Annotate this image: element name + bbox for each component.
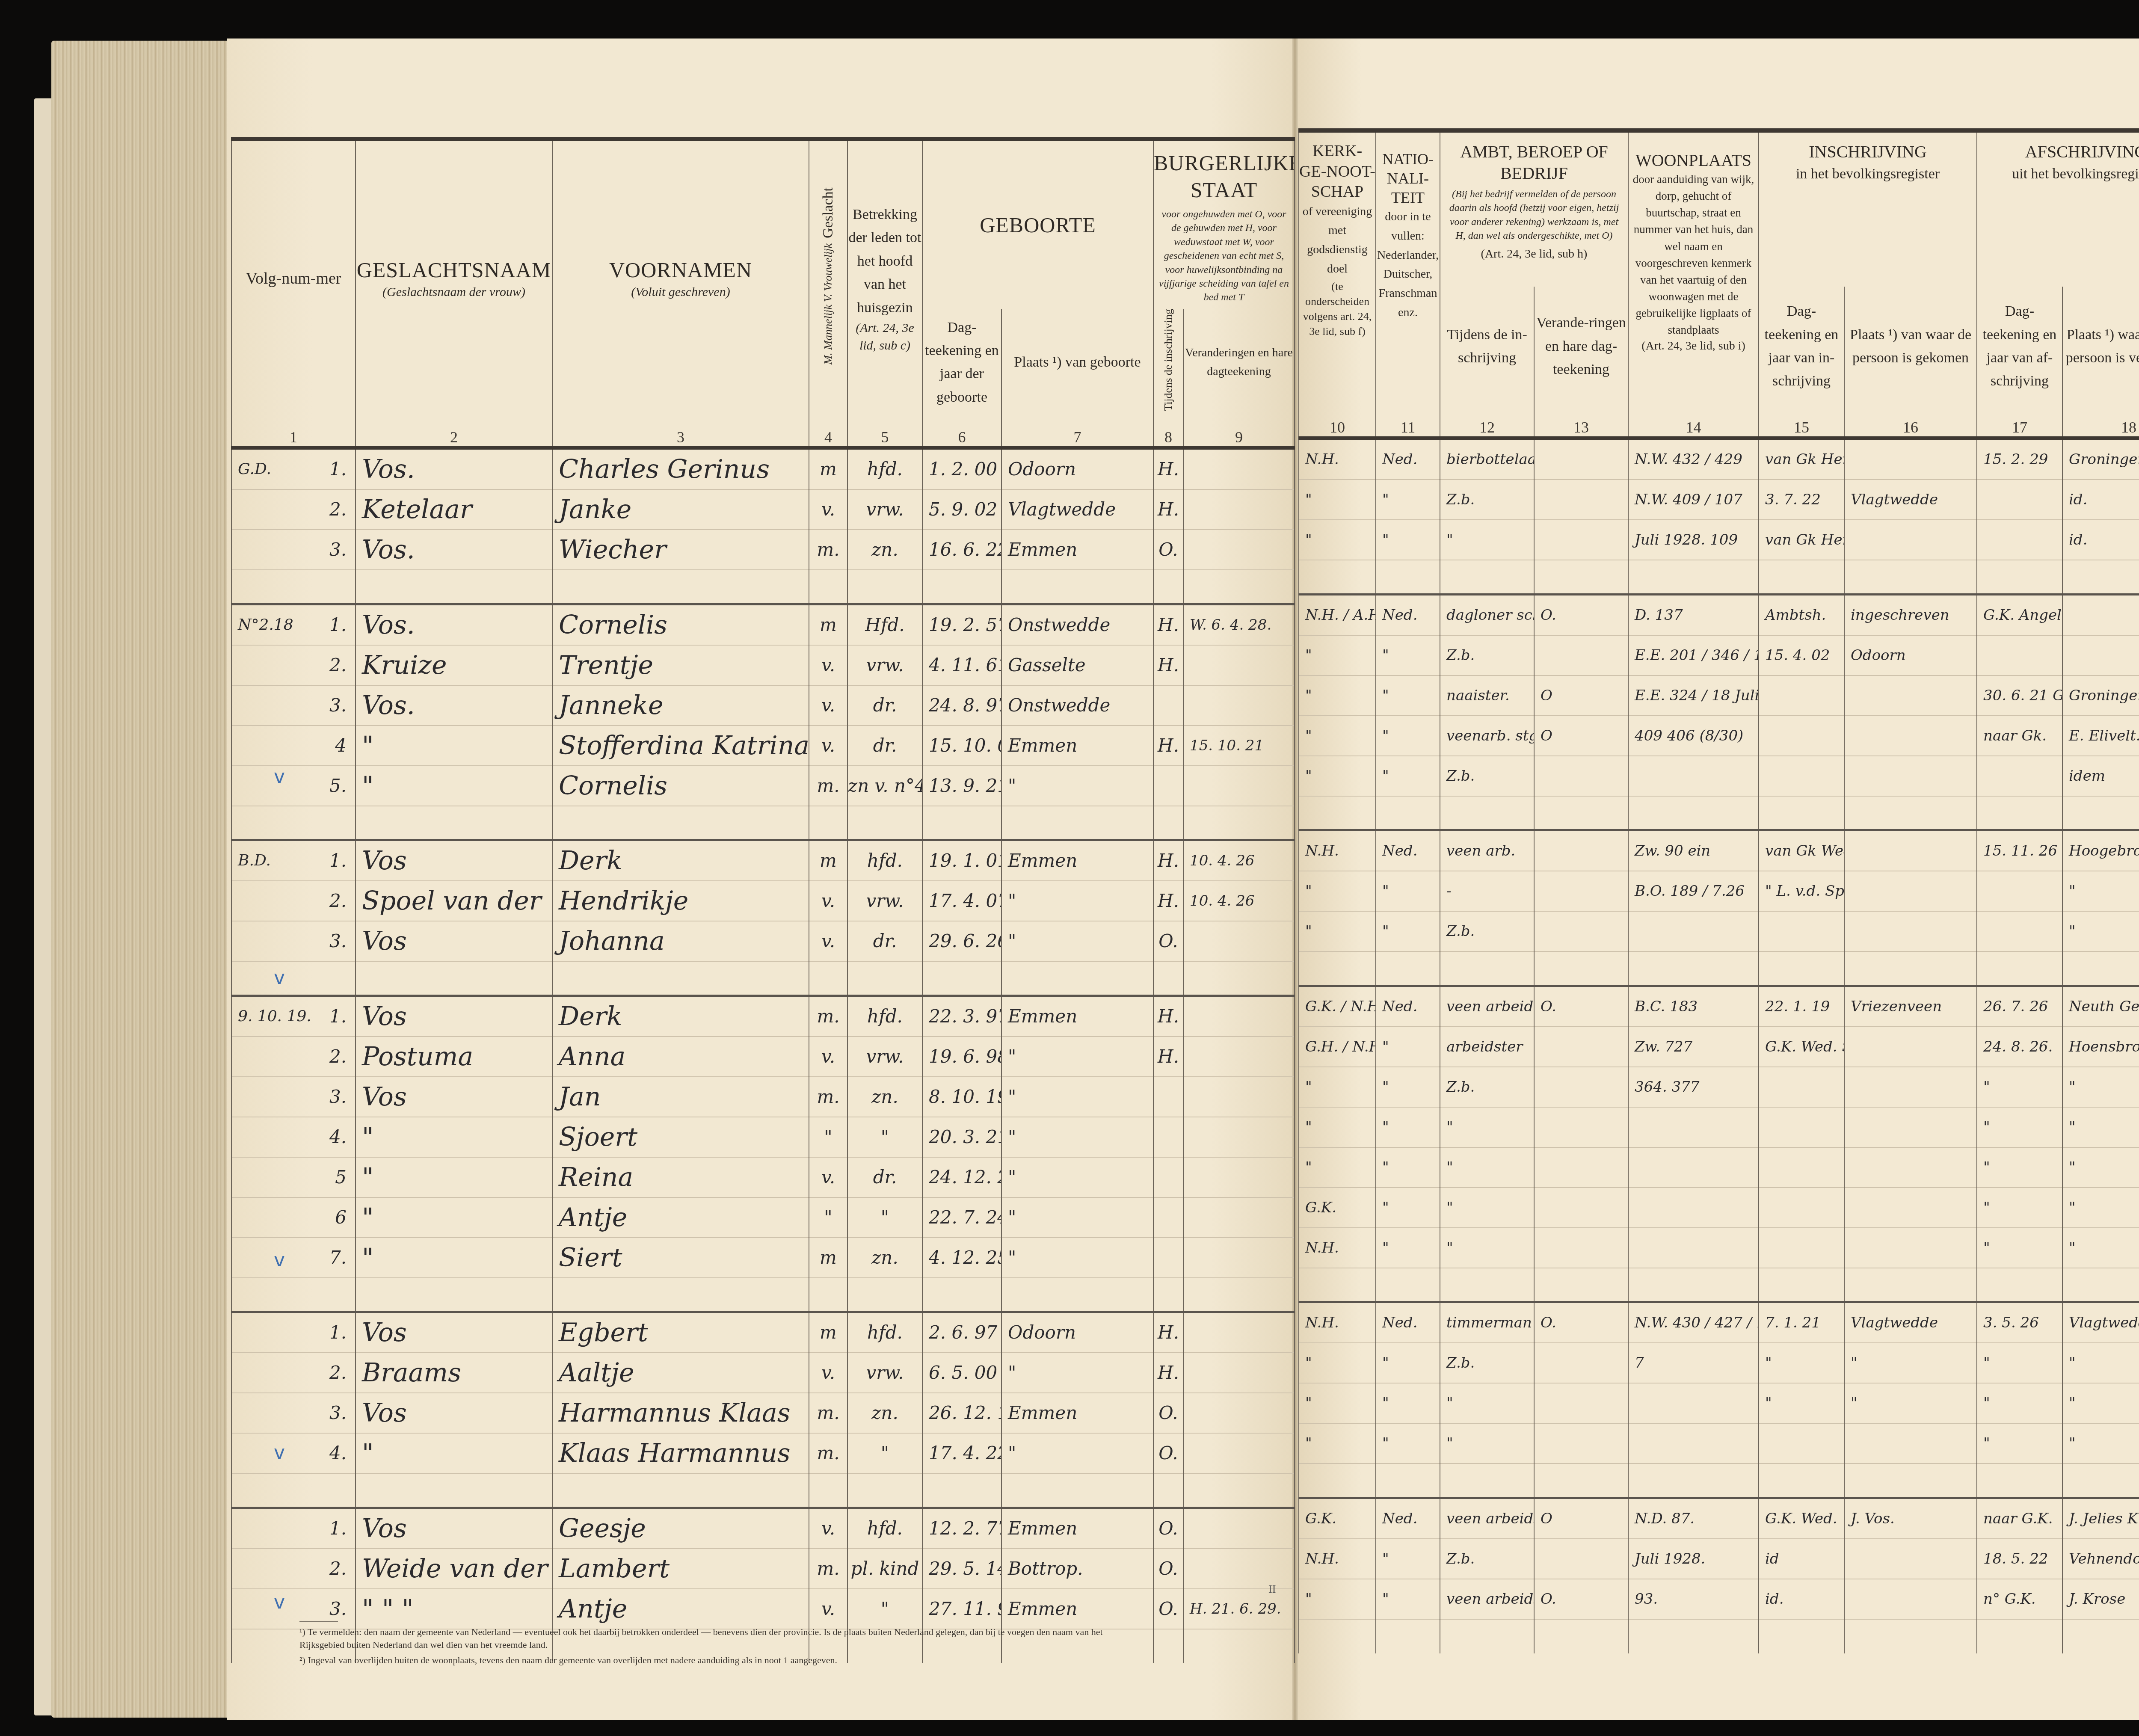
row-number: 1.: [329, 997, 347, 1036]
cell-surname: Vos: [356, 1393, 552, 1433]
cell-rel: zn.: [847, 1393, 922, 1433]
col-header-volgnummer: Volg-num-mer: [231, 139, 356, 416]
cell-address: [1628, 1147, 1759, 1188]
cell-af-date: [1977, 480, 2062, 520]
cell-volgnummer: 6: [231, 1197, 356, 1238]
register-table-right: KERK-GE-NOOT-SCHAPof vereeniging met god…: [1298, 128, 2139, 1653]
cell-ins-place: ": [1844, 1383, 1977, 1423]
cell-af-place: J. Krose: [2062, 1579, 2139, 1619]
table-row: """""Acc.: [1299, 1423, 2139, 1463]
table-row: 2.BraamsAaltjev.vrw.6. 5. 00"H.: [231, 1353, 1295, 1393]
cell-birth-place: ": [1001, 1433, 1153, 1473]
cell-rel: pl. kind: [847, 1549, 922, 1589]
table-row: 3.VosJanm.zn.8. 10. 19": [231, 1077, 1295, 1117]
cell-af-date: G.K. Angelina Stichting: [1977, 594, 2062, 635]
cell-surname: Vos.: [356, 530, 552, 570]
cell-birth-date: 24. 12. 22: [922, 1157, 1001, 1197]
cell-ins-date: 3. 7. 22: [1759, 480, 1844, 520]
cell-af-place: id.: [2062, 520, 2139, 560]
cell-civil-change: 15. 10. 21: [1183, 726, 1295, 766]
table-row: ""Z.b.N.W. 409 / 1073. 7. 22Vlagtweddeid…: [1299, 480, 2139, 520]
cell-nat: ": [1376, 1423, 1440, 1463]
cell-birth-date: 19. 2. 57: [922, 604, 1001, 645]
cell-nat: Ned.: [1376, 438, 1440, 480]
cell-af-date: naar Gk.: [1977, 716, 2062, 756]
cell-ins-place: ingeschreven: [1844, 594, 1977, 635]
table-row: ""veenarb. stg.O409 406 (8/30)naar Gk.E.…: [1299, 716, 2139, 756]
cell-given: Wiecher: [552, 530, 809, 570]
cell-civil: O.: [1153, 921, 1183, 961]
cell-rel: hfd.: [847, 1312, 922, 1353]
table-row: 4"Stofferdina Katrinav.dr.15. 10. 03Emme…: [231, 726, 1295, 766]
row-number: 1.: [329, 450, 347, 489]
col-header-inschrijving-plaats: Plaats ¹) van waar de persoon is gekomen: [1844, 287, 1977, 406]
cell-af-date: [1977, 635, 2062, 675]
cell-sex: m: [809, 1312, 847, 1353]
household-spacer: [231, 1278, 1295, 1312]
row-number: 4.: [329, 1434, 347, 1473]
cell-rel: zn.: [847, 530, 922, 570]
cell-rel: vrw.: [847, 1353, 922, 1393]
cell-ins-place: [1844, 830, 1977, 871]
col-header-geslacht: GeslachtM. Mannelijk V. Vrouwelijk: [809, 139, 847, 416]
cell-birth-date: 6. 5. 00: [922, 1353, 1001, 1393]
cell-ins-date: [1759, 1107, 1844, 1147]
cell-civil-change: [1183, 645, 1295, 685]
cell-civil-change: [1183, 1117, 1295, 1157]
col-num: 13: [1534, 406, 1628, 438]
cell-address: N.D. 87.: [1628, 1498, 1759, 1539]
cell-ins-place: [1844, 1147, 1977, 1188]
cell-volgnummer: N°2.181.: [231, 604, 356, 645]
cell-civil-change: [1183, 1077, 1295, 1117]
cell-address: [1628, 1228, 1759, 1268]
col-header-beroep-inschrijving: Tijdens de in-schrijving: [1440, 287, 1534, 406]
cell-ins-place: [1844, 1107, 1977, 1147]
cell-occ: ": [1440, 1188, 1534, 1228]
cell-occ-change: [1534, 756, 1628, 796]
cell-civil: H.: [1153, 645, 1183, 685]
cell-civil: O.: [1153, 1433, 1183, 1473]
cell-given: Jan: [552, 1077, 809, 1117]
cell-birth-date: 17. 4. 22: [922, 1433, 1001, 1473]
cell-rel: ": [847, 1433, 922, 1473]
cell-surname: Ketelaar: [356, 489, 552, 530]
cell-nat: ": [1376, 1343, 1440, 1383]
col-num: 8: [1153, 416, 1183, 448]
cell-occ: Z.b.: [1440, 635, 1534, 675]
household-spacer: [1299, 1463, 2139, 1498]
cell-rel: dr.: [847, 685, 922, 726]
table-row: ""naaister.OE.E. 324 / 18 Juli 192830. 6…: [1299, 675, 2139, 716]
cell-surname: ": [356, 726, 552, 766]
cell-given: Reina: [552, 1157, 809, 1197]
cell-sex: m.: [809, 995, 847, 1037]
cell-address: B.C. 183: [1628, 986, 1759, 1027]
cell-af-date: 15. 2. 29: [1977, 438, 2062, 480]
cell-address: [1628, 1383, 1759, 1423]
cell-volgnummer: 3.: [231, 530, 356, 570]
cell-volgnummer: 7.: [231, 1238, 356, 1278]
col-header-staat-veranderingen: Veranderingen en hare dagteekening: [1183, 309, 1295, 416]
cell-civil: O.: [1153, 1508, 1183, 1549]
cell-af-date: ": [1977, 1067, 2062, 1107]
cell-civil-change: [1183, 766, 1295, 806]
cell-volgnummer: 5: [231, 1157, 356, 1197]
cell-birth-place: Emmen: [1001, 530, 1153, 570]
group-header-afschrijving: AFSCHRIJVINGuit het bevolkingsregister: [1977, 130, 2139, 287]
cell-given: Geesje: [552, 1508, 809, 1549]
cell-sex: v.: [809, 1037, 847, 1077]
household-margin-note: G.D.: [238, 450, 271, 489]
cell-occ-change: [1534, 1067, 1628, 1107]
cell-civil: [1153, 685, 1183, 726]
cell-af-place: Vlagtwedde Ter Apel West. Z. 114: [2062, 1302, 2139, 1343]
cell-civil-change: [1183, 1508, 1295, 1549]
row-number: 1.: [329, 1313, 347, 1352]
household-spacer: [1299, 560, 2139, 594]
cell-volgnummer: G.D.1.: [231, 448, 356, 489]
row-number: 5: [335, 1158, 347, 1197]
cell-ins-date: id.: [1759, 1579, 1844, 1619]
cell-sex: v.: [809, 1157, 847, 1197]
col-num: 17: [1977, 406, 2062, 438]
row-number: 2.: [329, 881, 347, 921]
table-row: G.H. / N.H."arbeidsterZw. 727G.K. Wed. S…: [1299, 1027, 2139, 1067]
cell-nat: ": [1376, 1228, 1440, 1268]
blue-check-mark-icon: v: [274, 967, 285, 989]
footnote-rule: [299, 1621, 338, 1622]
cell-surname: ": [356, 1197, 552, 1238]
cell-nat: ": [1376, 1027, 1440, 1067]
cell-address: B.O. 189 / 7.26: [1628, 871, 1759, 911]
cell-birth-date: 26. 12. 19: [922, 1393, 1001, 1433]
cell-birth-place: ": [1001, 1117, 1153, 1157]
cell-nat: ": [1376, 1579, 1440, 1619]
cell-church: ": [1299, 871, 1376, 911]
cell-ins-place: [1844, 1027, 1977, 1067]
cell-church: G.K.: [1299, 1188, 1376, 1228]
cell-address: 409 406 (8/30): [1628, 716, 1759, 756]
cell-surname: ": [356, 1433, 552, 1473]
cell-ins-place: [1844, 911, 1977, 951]
cell-nat: ": [1376, 871, 1440, 911]
cell-address: [1628, 756, 1759, 796]
cell-occ-change: [1534, 1107, 1628, 1147]
cell-church: ": [1299, 1579, 1376, 1619]
col-header-geboorte-datum: Dag-teekening en jaar der geboorte: [922, 309, 1001, 416]
cell-sex: ": [809, 1117, 847, 1157]
cell-church: ": [1299, 1147, 1376, 1188]
table-row: G.K."""""Acc.: [1299, 1188, 2139, 1228]
cell-given: Janke: [552, 489, 809, 530]
cell-civil-change: [1183, 1312, 1295, 1353]
cell-birth-place: Gasselte: [1001, 645, 1153, 685]
col-num: 14: [1628, 406, 1759, 438]
col-header-geslachtsnaam: GESLACHTSNAAM(Geslachtsnaam der vrouw): [356, 139, 552, 416]
table-row: 3.Vos.Jannekev.dr.24. 8. 97Onstwedde: [231, 685, 1295, 726]
cell-ins-place: [1844, 1188, 1977, 1228]
cell-surname: Weide van der: [356, 1549, 552, 1589]
cell-occ: ": [1440, 1383, 1534, 1423]
cell-occ: ": [1440, 1147, 1534, 1188]
cell-ins-place: [1844, 1579, 1977, 1619]
cell-surname: Spoel van der: [356, 881, 552, 921]
cell-sex: v.: [809, 1353, 847, 1393]
cell-af-place: Neuth Gesellenhuis kamer 102.: [2062, 986, 2139, 1027]
cell-nat: ": [1376, 716, 1440, 756]
cell-rel: zn.: [847, 1238, 922, 1278]
cell-surname: Vos: [356, 840, 552, 881]
cell-given: Charles Gerinus: [552, 448, 809, 489]
cell-birth-date: 1. 2. 00: [922, 448, 1001, 489]
household-spacer: [1299, 796, 2139, 830]
cell-occ: Z.b.: [1440, 1343, 1534, 1383]
table-row: ""Z.b.idemAcc. erkend: [1299, 756, 2139, 796]
cell-occ: bierbottelaar: [1440, 438, 1534, 480]
group-header-inschrijving: INSCHRIJVINGin het bevolkingsregister: [1759, 130, 1977, 287]
row-number: 5.: [329, 766, 347, 806]
cell-civil: H.: [1153, 840, 1183, 881]
cell-volgnummer: 3.: [231, 921, 356, 961]
cell-volgnummer: 2.: [231, 881, 356, 921]
cell-sex: m.: [809, 1077, 847, 1117]
cell-address: E.E. 201 / 346 / 183: [1628, 635, 1759, 675]
cell-volgnummer: 3.: [231, 1077, 356, 1117]
cell-given: Stofferdina Katrina: [552, 726, 809, 766]
cell-occ: veenarb. stg.: [1440, 716, 1534, 756]
cell-sex: v.: [809, 881, 847, 921]
cell-birth-place: Emmen: [1001, 995, 1153, 1037]
row-number: 2.: [329, 1037, 347, 1076]
cell-occ-change: [1534, 830, 1628, 871]
cell-occ-change: O.: [1534, 594, 1628, 635]
cell-birth-place: Odoorn: [1001, 448, 1153, 489]
cell-church: N.H.: [1299, 830, 1376, 871]
cell-church: G.K.: [1299, 1498, 1376, 1539]
table-row: N.H.Ned.timmermanO.N.W. 430 / 427 / 107 …: [1299, 1302, 2139, 1343]
cell-nat: Ned.: [1376, 1302, 1440, 1343]
table-row: 3.Vos.Wiecherm.zn.16. 6. 22EmmenO.: [231, 530, 1295, 570]
household-spacer: [231, 806, 1295, 840]
cell-given: Cornelis: [552, 604, 809, 645]
cell-surname: Postuma: [356, 1037, 552, 1077]
table-row: 1.VosEgbertmhfd.2. 6. 97OdoornH.: [231, 1312, 1295, 1353]
cell-civil-change: [1183, 448, 1295, 489]
cell-ins-date: [1759, 1188, 1844, 1228]
cell-ins-date: " L. v.d. Spoel: [1759, 871, 1844, 911]
cell-given: Derk: [552, 840, 809, 881]
col-num: 7: [1001, 416, 1153, 448]
cell-volgnummer: 2.: [231, 1549, 356, 1589]
cell-sex: m.: [809, 1549, 847, 1589]
cell-ins-date: ": [1759, 1343, 1844, 1383]
cell-birth-place: Emmen: [1001, 1508, 1153, 1549]
cell-ins-place: Odoorn: [1844, 635, 1977, 675]
cell-surname: Vos.: [356, 604, 552, 645]
cell-af-place: ": [2062, 1383, 2139, 1423]
col-header-afschrijving-datum: Dag-teekening en jaar van af-schrijving: [1977, 287, 2062, 406]
cell-nat: ": [1376, 480, 1440, 520]
cell-ins-date: [1759, 1067, 1844, 1107]
cell-nat: ": [1376, 1383, 1440, 1423]
cell-surname: ": [356, 1117, 552, 1157]
cell-address: Juli 1928.: [1628, 1539, 1759, 1579]
cell-occ: ": [1440, 1107, 1534, 1147]
cell-civil-change: [1183, 1353, 1295, 1393]
cell-civil: [1153, 766, 1183, 806]
cell-ins-date: [1759, 675, 1844, 716]
cell-birth-date: 16. 6. 22: [922, 530, 1001, 570]
cell-occ-change: [1534, 480, 1628, 520]
cell-church: ": [1299, 1343, 1376, 1383]
cell-civil: H.: [1153, 995, 1183, 1037]
cell-ins-date: Ambtsh.: [1759, 594, 1844, 635]
cell-ins-place: [1844, 871, 1977, 911]
table-row: G.K. / N.H.Ned.veen arbeiderO.B.C. 18322…: [1299, 986, 2139, 1027]
cell-occ-change: [1534, 1539, 1628, 1579]
cell-volgnummer: 4.: [231, 1117, 356, 1157]
cell-address: N.W. 432 / 429: [1628, 438, 1759, 480]
cell-occ-change: [1534, 1383, 1628, 1423]
cell-ins-place: Vlagtwedde: [1844, 1302, 1977, 1343]
cell-volgnummer: 3.: [231, 685, 356, 726]
cell-address: 364. 377: [1628, 1067, 1759, 1107]
row-number: 4: [335, 726, 347, 765]
table-row: 4."Sjoert""20. 3. 21": [231, 1117, 1295, 1157]
cell-af-place: Groningen Moesstr. ael. 28: [2062, 438, 2139, 480]
row-number: 2.: [329, 646, 347, 685]
register-table-left: Volg-num-mer GESLACHTSNAAM(Geslachtsnaam…: [231, 137, 1295, 1663]
cell-civil: [1153, 1077, 1183, 1117]
page-mark: II: [1268, 1583, 1276, 1596]
cell-rel: dr.: [847, 1157, 922, 1197]
cell-af-date: 18. 5. 22: [1977, 1539, 2062, 1579]
table-row: 2.KruizeTrentjev.vrw.4. 11. 61GasselteH.: [231, 645, 1295, 685]
cell-church: G.K. / N.H.: [1299, 986, 1376, 1027]
table-row: ""Z.b.364. 377"""Acc.: [1299, 1067, 2139, 1107]
cell-civil-change: H. 21. 6. 29.: [1183, 1589, 1295, 1629]
col-num: 2: [356, 416, 552, 448]
cell-af-date: [1977, 756, 2062, 796]
cell-af-date: 24. 8. 26.: [1977, 1027, 2062, 1067]
cell-church: ": [1299, 911, 1376, 951]
cell-birth-date: 2. 6. 97: [922, 1312, 1001, 1353]
cell-occ-change: [1534, 871, 1628, 911]
cell-surname: ": [356, 1157, 552, 1197]
cell-birth-place: ": [1001, 1238, 1153, 1278]
cell-civil-change: [1183, 1393, 1295, 1433]
cell-birth-place: ": [1001, 921, 1153, 961]
cell-occ: naaister.: [1440, 675, 1534, 716]
cell-civil: [1153, 1117, 1183, 1157]
cell-af-place: E. Elivelt.: [2062, 716, 2139, 756]
group-header-ambt: AMBT, BEROEP OF BEDRIJF(Bij het bedrijf …: [1440, 130, 1628, 287]
cell-civil: H.: [1153, 1037, 1183, 1077]
col-num: 6: [922, 416, 1001, 448]
cell-rel: vrw.: [847, 645, 922, 685]
cell-church: ": [1299, 756, 1376, 796]
cell-birth-place: ": [1001, 1157, 1153, 1197]
cell-volgnummer: 9. 10. 19.1.: [231, 995, 356, 1037]
cell-church: ": [1299, 635, 1376, 675]
row-number: 3.: [329, 1393, 347, 1433]
cell-birth-place: ": [1001, 1353, 1153, 1393]
col-num: 4: [809, 416, 847, 448]
cell-civil: H.: [1153, 489, 1183, 530]
household-spacer: [231, 570, 1295, 604]
cell-birth-date: 4. 11. 61: [922, 645, 1001, 685]
col-header-woonplaats: WOONPLAATSdoor aanduiding van wijk, dorp…: [1628, 130, 1759, 406]
cell-church: ": [1299, 1423, 1376, 1463]
cell-address: [1628, 1107, 1759, 1147]
cell-given: Johanna: [552, 921, 809, 961]
cell-sex: v.: [809, 921, 847, 961]
table-row: ""Z.b.E.E. 201 / 346 / 18315. 4. 02Odoor…: [1299, 635, 2139, 675]
cell-birth-place: ": [1001, 1037, 1153, 1077]
col-header-kerkgenootschap: KERK-GE-NOOT-SCHAPof vereeniging met god…: [1299, 130, 1376, 406]
cell-civil-change: [1183, 921, 1295, 961]
group-header-burgerlijke-staat: BURGERLIJKE STAATvoor ongehuwden met O, …: [1153, 139, 1295, 309]
cell-birth-place: ": [1001, 766, 1153, 806]
table-row: N.H."Z.b.Juli 1928.id18. 5. 22Vehnendorf…: [1299, 1539, 2139, 1579]
table-row: N°2.181.Vos.CornelismHfd.19. 2. 57Onstwe…: [231, 604, 1295, 645]
cell-civil-change: 10. 4. 26: [1183, 881, 1295, 921]
table-row: """"""Acc.: [1299, 1147, 2139, 1188]
table-row: 2.Spoel van derHendrikjev.vrw.17. 4. 07"…: [231, 881, 1295, 921]
cell-af-date: 26. 7. 26: [1977, 986, 2062, 1027]
table-row: 2.PostumaAnnav.vrw.19. 6. 98"H.: [231, 1037, 1295, 1077]
table-row: 4."Klaas Harmannusm."17. 4. 22"O.: [231, 1433, 1295, 1473]
cell-church: ": [1299, 1383, 1376, 1423]
cell-sex: m.: [809, 1393, 847, 1433]
cell-occ-change: [1534, 911, 1628, 951]
cell-address: 93.: [1628, 1579, 1759, 1619]
cell-ins-place: [1844, 1539, 1977, 1579]
cell-civil-change: [1183, 1197, 1295, 1238]
cell-rel: hfd.: [847, 1508, 922, 1549]
cell-church: ": [1299, 1107, 1376, 1147]
cell-sex: v.: [809, 726, 847, 766]
cell-address: Zw. 727: [1628, 1027, 1759, 1067]
col-num: 3: [552, 416, 809, 448]
cell-ins-place: [1844, 1067, 1977, 1107]
cell-ins-date: van Gk Herm. Vos.: [1759, 438, 1844, 480]
cell-ins-date: 7. 1. 21: [1759, 1302, 1844, 1343]
cell-church: N.H.: [1299, 1539, 1376, 1579]
cell-civil: H.: [1153, 448, 1183, 489]
table-row: 6"Antje""22. 7. 24": [231, 1197, 1295, 1238]
cell-civil: O.: [1153, 1393, 1183, 1433]
cell-birth-date: 15. 10. 03: [922, 726, 1001, 766]
cell-surname: ": [356, 766, 552, 806]
cell-church: ": [1299, 675, 1376, 716]
cell-nat: ": [1376, 756, 1440, 796]
cell-ins-date: id: [1759, 1539, 1844, 1579]
cell-af-date: ": [1977, 1147, 2062, 1188]
cell-volgnummer: 4: [231, 726, 356, 766]
cell-civil-change: [1183, 1157, 1295, 1197]
row-number: 6: [335, 1198, 347, 1237]
cell-occ: veen arbeidster: [1440, 1579, 1534, 1619]
cell-birth-place: Vlagtwedde: [1001, 489, 1153, 530]
row-number: 4.: [329, 1117, 347, 1157]
cell-volgnummer: 1.: [231, 1508, 356, 1549]
cell-birth-place: ": [1001, 1077, 1153, 1117]
cell-given: Sjoert: [552, 1117, 809, 1157]
cell-volgnummer: B.D.1.: [231, 840, 356, 881]
cell-nat: ": [1376, 635, 1440, 675]
